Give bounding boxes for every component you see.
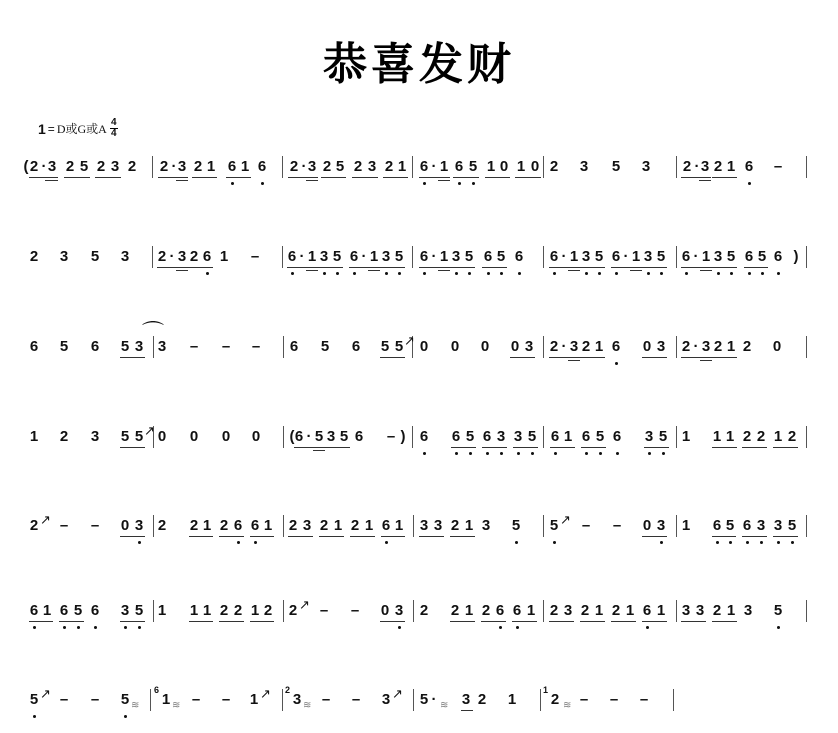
barline (413, 515, 414, 537)
note: 1 (631, 248, 641, 266)
tremolo-icon: ≋ (440, 697, 448, 715)
sixteenth-beam (313, 450, 325, 451)
note: 2 (450, 602, 460, 620)
eighth-beam (510, 357, 535, 358)
sustain-dash: – (90, 691, 100, 709)
score-line-2: 23532·3261–6·1356·1356·1356566·1356·1356… (0, 248, 838, 288)
note: 1 (307, 248, 317, 266)
note: 2 (59, 428, 69, 446)
note: 3 (451, 248, 461, 266)
note: 5 (658, 428, 668, 446)
sixteenth-beam (176, 180, 188, 181)
eighth-beam (319, 536, 344, 537)
barline (412, 156, 413, 178)
sixteenth-beam (630, 270, 642, 271)
note: 1 (464, 517, 474, 535)
note: 1 (486, 158, 496, 176)
note: 2 (611, 602, 621, 620)
note: 6 (294, 428, 304, 446)
note: 2 (233, 602, 243, 620)
note: 3 (307, 158, 317, 176)
note: 1 (681, 428, 691, 446)
note: 6 (381, 517, 391, 535)
note: 5 (726, 248, 736, 266)
eighth-beam (64, 177, 90, 178)
eighth-beam (157, 267, 213, 268)
note: 3 (319, 248, 329, 266)
note: 6 (482, 428, 492, 446)
augmentation-dot: · (621, 248, 631, 266)
note: 1 (240, 158, 250, 176)
barline (283, 336, 284, 358)
note: 5 (59, 338, 69, 356)
note: 5 (595, 428, 605, 446)
slide-up-icon: ↗ (144, 422, 155, 440)
note: 5 (73, 602, 83, 620)
note: 0 (450, 338, 460, 356)
note: 2 (549, 338, 559, 356)
barline (806, 336, 807, 358)
note: 1 (202, 517, 212, 535)
sustain-dash: – (251, 338, 261, 356)
sustain-dash: – (191, 691, 201, 709)
eighth-beam (644, 447, 669, 448)
note: 3 (656, 517, 666, 535)
note: 5 (725, 517, 735, 535)
eighth-beam (681, 357, 737, 358)
note: 1 (526, 602, 536, 620)
eighth-beam (120, 536, 145, 537)
note: 6 (289, 338, 299, 356)
eighth-beam (744, 267, 768, 268)
barline (543, 246, 544, 268)
eighth-beam (250, 621, 274, 622)
note: 2 (549, 602, 559, 620)
time-numerator: 4 (111, 118, 117, 128)
eighth-beam (581, 447, 606, 448)
note: 3 (496, 428, 506, 446)
note: 2 (289, 158, 299, 176)
note: 2 (756, 428, 766, 446)
sustain-dash: – (59, 691, 69, 709)
note: 1 (397, 158, 407, 176)
note: 2 (127, 158, 137, 176)
note: 6 (612, 428, 622, 446)
barline (412, 246, 413, 268)
note: 6 (29, 602, 39, 620)
note: 2 (580, 602, 590, 620)
note: 3 (419, 517, 429, 535)
eighth-beam (450, 621, 475, 622)
note: 6 (202, 248, 212, 266)
note: 2 (581, 338, 591, 356)
note: 5 (465, 428, 475, 446)
note: 3 (644, 428, 654, 446)
sustain-dash: – (639, 691, 649, 709)
note: 3 (681, 602, 691, 620)
sustain-dash: – (581, 517, 591, 535)
barline (540, 689, 541, 711)
note: ) (398, 428, 408, 446)
note: 6 (514, 248, 524, 266)
eighth-beam (513, 447, 538, 448)
note: 6 (250, 517, 260, 535)
note: 5 (320, 338, 330, 356)
tremolo-icon: ≋ (131, 697, 139, 715)
eighth-beam (712, 536, 736, 537)
note: ) (791, 248, 801, 266)
note: 5 (773, 602, 783, 620)
note: 1 (594, 602, 604, 620)
note: 2 (29, 248, 39, 266)
note: 1 (364, 517, 374, 535)
sixteenth-beam (176, 270, 188, 271)
eighth-beam (681, 177, 711, 178)
barline (152, 156, 153, 178)
barline (676, 156, 677, 178)
barline (543, 156, 544, 178)
note: 6 (351, 338, 361, 356)
note: 1 (394, 517, 404, 535)
score-line-5: 2––032212661232121613321355––031656335↗↗ (0, 517, 838, 557)
note: 0 (251, 428, 261, 446)
note: 2 (189, 517, 199, 535)
note: 6 (90, 338, 100, 356)
note: 6 (354, 428, 364, 446)
note: 3 (120, 248, 130, 266)
sustain-dash: – (609, 691, 619, 709)
note: 6 (233, 517, 243, 535)
key-equals: = (48, 122, 55, 136)
slide-up-icon: ↗ (299, 596, 310, 614)
note: 1 (681, 517, 691, 535)
eighth-beam (451, 447, 476, 448)
note: 5 (394, 338, 404, 356)
note: 1 (161, 691, 171, 709)
eighth-beam (294, 447, 350, 448)
note: 1 (507, 691, 517, 709)
note: 2 (288, 517, 298, 535)
eighth-beam (642, 357, 667, 358)
eighth-beam (29, 177, 58, 178)
note: 3 (302, 517, 312, 535)
eighth-beam (485, 177, 510, 178)
note: 2 (353, 158, 363, 176)
note: 6 (483, 248, 493, 266)
barline (676, 600, 677, 622)
eighth-beam (350, 536, 375, 537)
eighth-beam (450, 536, 475, 537)
eighth-beam (380, 621, 405, 622)
note: 3 (643, 248, 653, 266)
grace-note-icon: 2 (285, 681, 290, 699)
eighth-beam (453, 177, 479, 178)
eighth-beam (321, 177, 346, 178)
note: 3 (743, 602, 753, 620)
eighth-beam (773, 447, 798, 448)
note: 6 (549, 248, 559, 266)
note: 0 (157, 428, 167, 446)
eighth-beam (681, 621, 706, 622)
barline (806, 246, 807, 268)
note: 6 (419, 158, 429, 176)
note: 0 (772, 338, 782, 356)
augmentation-dot: · (559, 248, 569, 266)
note: 1 (569, 248, 579, 266)
barline (283, 600, 284, 622)
slide-up-icon: ↗ (392, 685, 403, 703)
note: 2 (481, 602, 491, 620)
barline (282, 156, 283, 178)
sixteenth-beam (700, 360, 712, 361)
note: 6 (454, 158, 464, 176)
note: 6 (451, 428, 461, 446)
note: 5 (757, 248, 767, 266)
sixteenth-beam (306, 270, 318, 271)
augmentation-dot: · (559, 338, 569, 356)
note: 1 (656, 602, 666, 620)
barline (676, 515, 677, 537)
note: 6 (419, 428, 429, 446)
note: 6 (642, 602, 652, 620)
sixteenth-beam (699, 180, 711, 181)
note: 5 (120, 338, 130, 356)
note: 1 (189, 602, 199, 620)
note: 2 (159, 158, 169, 176)
note: 1 (594, 338, 604, 356)
eighth-beam (226, 177, 251, 178)
score-line-6: 616563511122122––03221266123212161332135… (0, 602, 838, 642)
score-line-3: 656533–––65655000032·3216032·32120⌒↗ (0, 338, 838, 378)
slide-up-icon: ↗ (404, 332, 415, 350)
note: 2 (193, 158, 203, 176)
note: 2 (29, 158, 39, 176)
eighth-beam (712, 447, 737, 448)
note: 5 (380, 338, 390, 356)
note: 5 (611, 158, 621, 176)
note: 2 (65, 158, 75, 176)
note: 3 (59, 248, 69, 266)
sustain-dash: – (579, 691, 589, 709)
eighth-beam (352, 177, 378, 178)
barline (153, 600, 154, 622)
note: 3 (641, 158, 651, 176)
note: 2 (157, 248, 167, 266)
barline (150, 689, 151, 711)
note: 3 (581, 248, 591, 266)
note: 2 (384, 158, 394, 176)
note: 3 (177, 248, 187, 266)
sustain-dash: – (319, 602, 329, 620)
barline (676, 246, 677, 268)
eighth-beam (580, 621, 605, 622)
tremolo-icon: ≋ (563, 697, 571, 715)
barline (282, 246, 283, 268)
note: 5 (527, 428, 537, 446)
sustain-dash: – (90, 517, 100, 535)
sustain-dash: – (59, 517, 69, 535)
sixteenth-beam (438, 270, 450, 271)
slide-up-icon: ↗ (40, 511, 51, 529)
sixteenth-beam (368, 270, 380, 271)
note: 2 (787, 428, 797, 446)
augmentation-dot: · (297, 248, 307, 266)
barline (543, 426, 544, 448)
barline (806, 515, 807, 537)
note: 6 (744, 248, 754, 266)
note: 2 (550, 691, 560, 709)
note: 2 (477, 691, 487, 709)
note: 0 (419, 338, 429, 356)
note: 5 (134, 428, 144, 446)
barline (412, 426, 413, 448)
sustain-dash: – (221, 691, 231, 709)
eighth-beam (380, 357, 405, 358)
note: 2 (219, 602, 229, 620)
eighth-beam (219, 621, 244, 622)
note: 3 (701, 338, 711, 356)
note: 5 (464, 248, 474, 266)
note: 1 (206, 158, 216, 176)
note: 6 (773, 248, 783, 266)
sustain-dash: – (189, 338, 199, 356)
eighth-beam (642, 536, 667, 537)
note: 5 (314, 428, 324, 446)
key-signature: 1 = D或G或A 4 4 (38, 118, 118, 139)
note: 3 (394, 602, 404, 620)
note: 1 (726, 338, 736, 356)
note: 5 (332, 248, 342, 266)
sustain-dash: – (321, 691, 331, 709)
eighth-beam (742, 536, 767, 537)
note: 1 (333, 517, 343, 535)
note: 1 (712, 428, 722, 446)
note: 2 (682, 158, 692, 176)
augmentation-dot: · (359, 248, 369, 266)
eighth-beam (681, 267, 737, 268)
eighth-beam (288, 536, 313, 537)
note: 2 (419, 602, 429, 620)
eighth-beam (712, 177, 737, 178)
augmentation-dot: · (691, 248, 701, 266)
note: 1 (464, 602, 474, 620)
note: 2 (549, 158, 559, 176)
eighth-beam (349, 267, 405, 268)
note: 2 (29, 517, 39, 535)
note: 3 (579, 158, 589, 176)
note: 2 (189, 248, 199, 266)
note: 6 (581, 428, 591, 446)
augmentation-dot: · (429, 691, 439, 709)
sixteenth-beam (438, 180, 450, 181)
note: 0 (530, 158, 540, 176)
sustain-dash: – (612, 517, 622, 535)
barline (283, 515, 284, 537)
note: 2 (96, 158, 106, 176)
key-tonic: 1 (38, 121, 46, 137)
eighth-beam (773, 536, 798, 537)
note: 5 (29, 691, 39, 709)
augmentation-dot: · (304, 428, 314, 446)
eighth-beam (250, 536, 274, 537)
note: 0 (120, 517, 130, 535)
barline (543, 515, 544, 537)
note: 1 (29, 428, 39, 446)
note: 6 (29, 338, 39, 356)
note: 3 (461, 691, 471, 709)
eighth-beam (120, 621, 145, 622)
note: 5 (656, 248, 666, 266)
note: 5 (496, 248, 506, 266)
note: 5 (90, 248, 100, 266)
note: 1 (725, 428, 735, 446)
note: 1 (369, 248, 379, 266)
eighth-beam (383, 177, 408, 178)
note: 3 (433, 517, 443, 535)
eighth-beam (419, 177, 450, 178)
eighth-beam (482, 447, 507, 448)
slide-up-icon: ↗ (40, 685, 51, 703)
sixteenth-beam (568, 360, 580, 361)
eighth-beam (59, 621, 84, 622)
note: 2 (322, 158, 332, 176)
grace-note-icon: 6 (154, 681, 159, 699)
note: 6 (611, 338, 621, 356)
note: 3 (292, 691, 302, 709)
score-line-4: 123550000(6·5356–)665633561656351112212↗ (0, 428, 838, 468)
note: 3 (326, 428, 336, 446)
note: 3 (120, 602, 130, 620)
note: 1 (726, 158, 736, 176)
score-title: 恭喜发财 (0, 28, 838, 92)
note: 1 (439, 158, 449, 176)
augmentation-dot: · (429, 158, 439, 176)
sustain-dash: – (250, 248, 260, 266)
note: 6 (257, 158, 267, 176)
note: 2 (742, 338, 752, 356)
note: 0 (642, 517, 652, 535)
note: 3 (177, 158, 187, 176)
eighth-beam (189, 621, 213, 622)
eighth-beam (29, 621, 53, 622)
note: 2 (219, 517, 229, 535)
barline (673, 689, 674, 711)
eighth-beam (742, 447, 767, 448)
sustain-dash: – (773, 158, 783, 176)
barline (806, 600, 807, 622)
note: 1 (263, 517, 273, 535)
slide-up-icon: ↗ (560, 511, 571, 529)
sixteenth-beam (568, 270, 580, 271)
eighth-beam (549, 621, 574, 622)
barline (283, 426, 284, 448)
eighth-beam (95, 177, 121, 178)
tremolo-icon: ≋ (303, 697, 311, 715)
barline (806, 426, 807, 448)
note: 2 (157, 517, 167, 535)
note: 3 (713, 248, 723, 266)
note: 1 (516, 158, 526, 176)
note: 5 (120, 428, 130, 446)
augmentation-dot: · (429, 248, 439, 266)
note: 1 (250, 602, 260, 620)
barline (543, 600, 544, 622)
note: 2 (713, 338, 723, 356)
note: 0 (221, 428, 231, 446)
note: 2 (288, 602, 298, 620)
note: 2 (742, 428, 752, 446)
note: 3 (481, 517, 491, 535)
